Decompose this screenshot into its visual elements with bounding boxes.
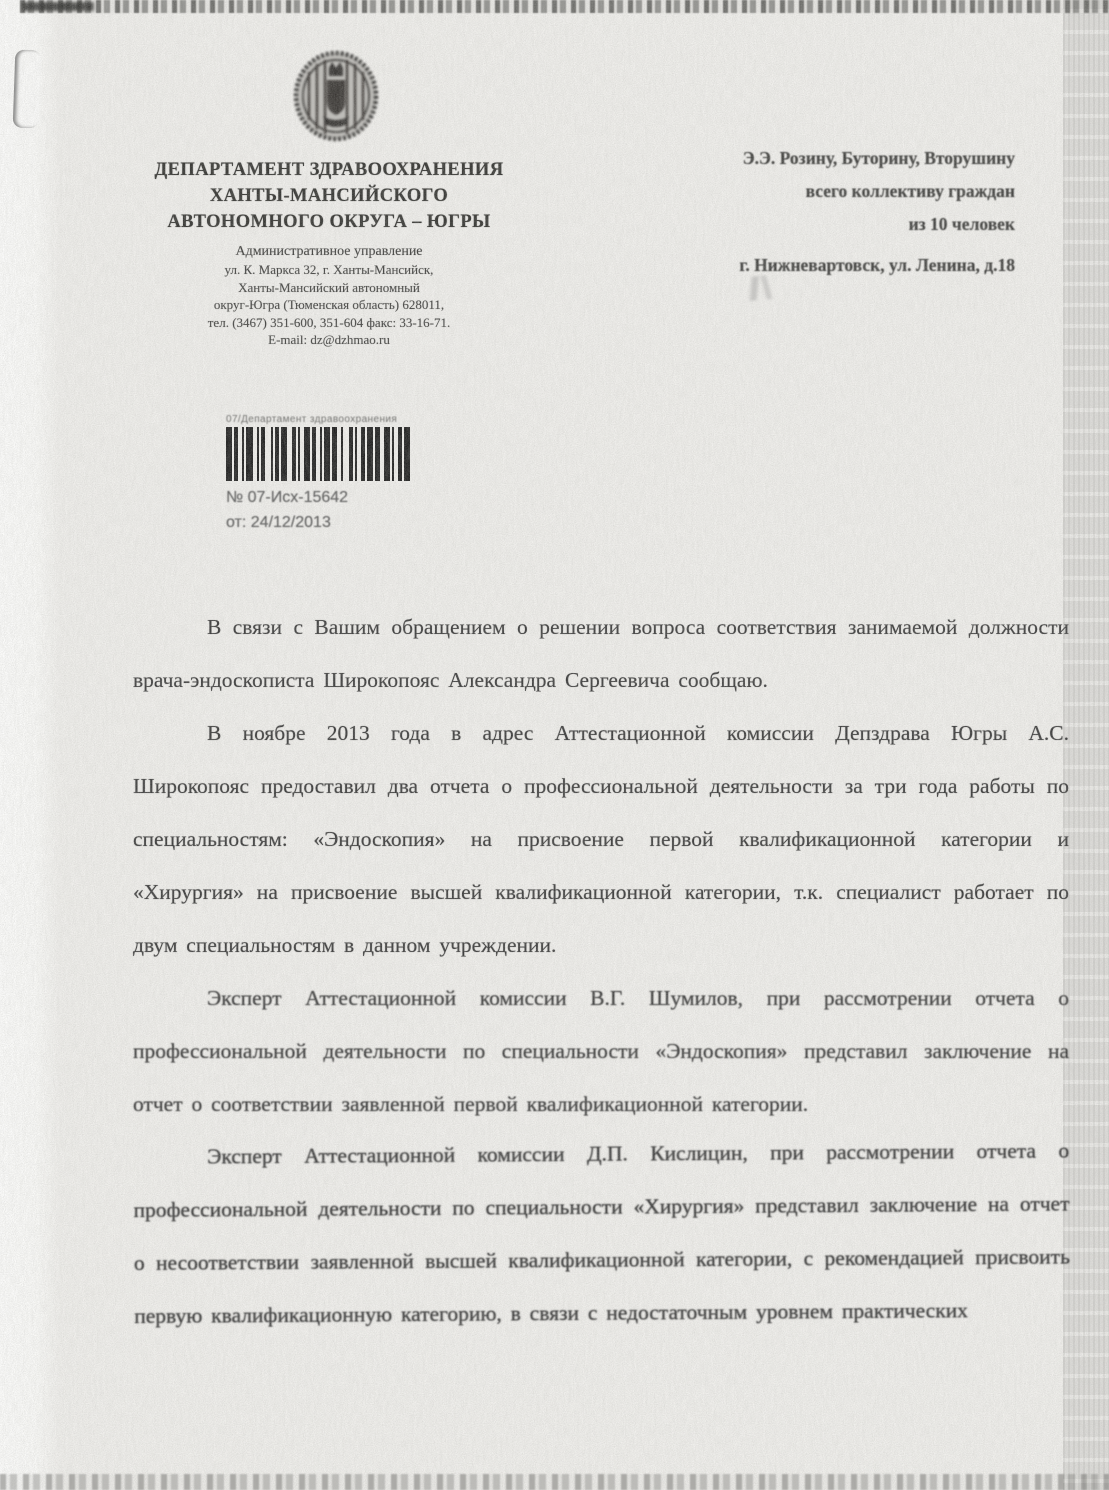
org-name-line: ДЕПАРТАМЕНТ ЗДРАВООХРАНЕНИЯ (90, 157, 568, 183)
addressee-count-line: из 10 человек (553, 208, 1015, 241)
addressee-block: Э.Э. Розину, Буторину, Вторушину всего к… (553, 142, 1015, 282)
outgoing-number: № 07-Исх-15642 (226, 489, 486, 507)
org-phone-line: тел. (3467) 351-600, 351-604 факс: 33-16… (90, 314, 568, 332)
scanned-letter-page: ДЕПАРТАМЕНТ ЗДРАВООХРАНЕНИЯ ХАНТЫ-МАНСИЙ… (0, 0, 1109, 1490)
addressee-names-line: Э.Э. Розину, Буторину, Вторушину (553, 142, 1015, 175)
barcode (226, 427, 432, 481)
letter-body: В связи с Вашим обращением о решении воп… (133, 601, 1069, 1343)
org-email-line: E-mail: dz@dzhmao.ru (90, 331, 568, 349)
org-name-line: ХАНТЫ-МАНСИЙСКОГО (90, 183, 568, 209)
outgoing-date: от: 24/12/2013 (226, 514, 486, 532)
body-paragraph: В ноябре 2013 года в адрес Аттестационно… (133, 707, 1069, 972)
registration-stamp: 07/Департамент здравоохранения № 07-Исх-… (226, 414, 486, 532)
scan-top-left-smear (22, 2, 94, 11)
addressee-collective-line: всего коллективу граждан (553, 175, 1015, 208)
coat-of-arms-seal-icon (293, 50, 379, 142)
scan-corner-clip-mark (13, 50, 42, 129)
body-paragraph: В связи с Вашим обращением о решении воп… (133, 601, 1069, 707)
org-address-line: ул. К. Маркса 32, г. Ханты-Мансийск, (90, 261, 568, 279)
body-paragraph: Эксперт Аттестационной комиссии Д.П. Кис… (133, 1124, 1070, 1343)
org-department-line: Административное управление (90, 242, 568, 261)
scan-bottom-edge-artifact (0, 1474, 1109, 1490)
org-address-line: Ханты-Мансийский автономный (90, 279, 568, 297)
scan-top-edge-artifact (20, 0, 1109, 13)
letterhead-block: ДЕПАРТАМЕНТ ЗДРАВООХРАНЕНИЯ ХАНТЫ-МАНСИЙ… (90, 157, 568, 349)
org-name-line: АВТОНОМНОГО ОКРУГА – ЮГРЫ (90, 209, 568, 235)
scan-left-margin (0, 0, 60, 1490)
body-paragraph: Эксперт Аттестационной комиссии В.Г. Шум… (133, 972, 1069, 1131)
barcode-label: 07/Департамент здравоохранения (226, 414, 486, 425)
org-address-line: округ-Югра (Тюменская область) 628011, (90, 296, 568, 314)
